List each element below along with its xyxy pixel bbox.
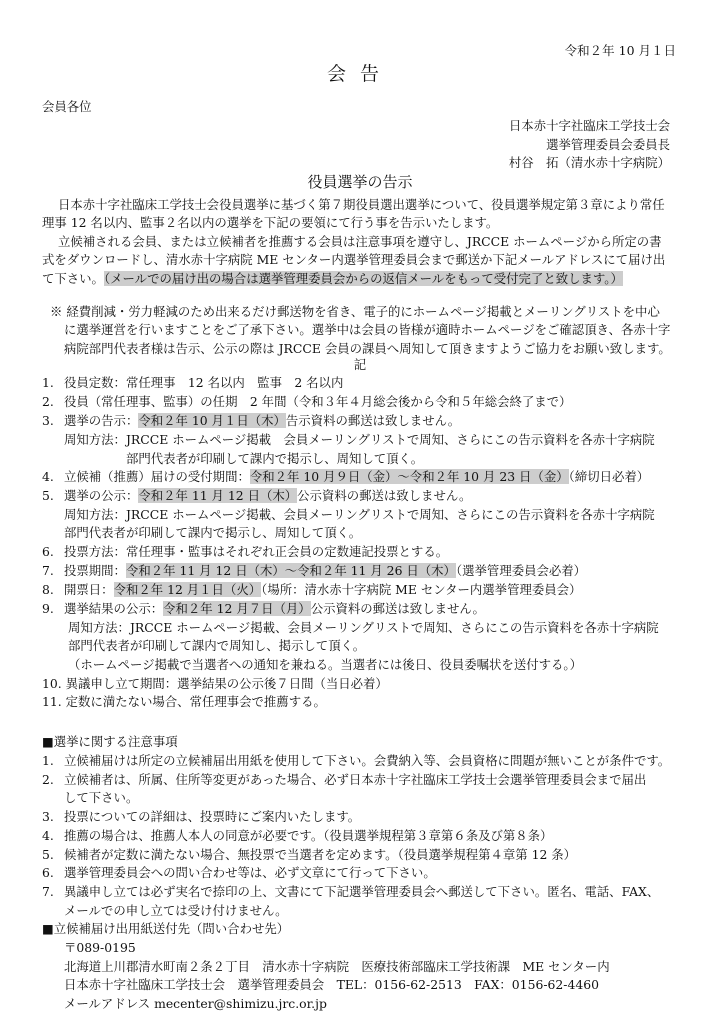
list-item: 3.選挙の告示：令和２年 10 月１日（木）告示資料の郵送は致しません。 bbox=[42, 412, 460, 429]
list-item-detail: 周知方法：JRCCE ホームページ掲載、会員メーリングリストで周知、さらにこの告… bbox=[68, 619, 659, 636]
list-item-detail: 部門代表者が印刷して課内で周知し、掲示して頂く。 bbox=[68, 637, 365, 654]
list-item-detail: 周知方法：JRCCE ホームページ掲載、会員メーリングリストで周知、さらにこの告… bbox=[64, 506, 655, 523]
caution-item: 4.推薦の場合は、推薦人本人の同意が必要です。（役員選挙規程第３章第６条及び第８… bbox=[42, 827, 552, 844]
sender-org: 日本赤十字社臨床工学技士会 bbox=[509, 117, 670, 136]
caution-item-cont: して下さい。 bbox=[64, 789, 138, 806]
sender-block: 日本赤十字社臨床工学技士会 選挙管理委員会委員長 村谷 拓（清水赤十字病院） bbox=[509, 117, 670, 173]
postal-code: 〒089-0195 bbox=[64, 939, 136, 956]
caution-item: 6.選挙管理委員会への問い合わせ等は、必ず文章にて行って下さい。 bbox=[42, 864, 436, 881]
contact-email-line: メールアドレス mecenter@shimizu.jrc.or.jp bbox=[64, 995, 327, 1012]
email-link[interactable]: mecenter@shimizu.jrc.or.jp bbox=[154, 996, 327, 1011]
list-item: 2.役員（常任理事、監事）の任期 2 年間（令和３年４月総会後から令和５年総会終… bbox=[42, 393, 571, 410]
list-item: 4.立候補（推薦）届けの受付期間：令和２年 10 月９日（金）～令和２年 10 … bbox=[42, 468, 649, 485]
sender-name: 村谷 拓（清水赤十字病院） bbox=[509, 154, 670, 173]
list-item-detail: 部門代表者が印刷して課内で掲示し、周知して頂く。 bbox=[64, 524, 361, 541]
document-date: 令和２年 10 月１日 bbox=[565, 42, 676, 59]
date-highlight: 令和２年 10 月１日（木） bbox=[138, 413, 286, 428]
page-title: 会告 bbox=[0, 66, 720, 83]
intro-text: て下さい。 bbox=[42, 271, 104, 286]
remark-line: 病院部門代表者様は告示、公示の際は JRCCE 会員の課員へ周知して頂きますよう… bbox=[64, 340, 671, 357]
list-item-detail: 周知方法：JRCCE ホームページ掲載 会員メーリングリストで周知、さらにこの告… bbox=[64, 431, 655, 448]
list-item: 8.開票日：令和２年 12 月１日（火）（場所：清水赤十字病院 ME センター内… bbox=[42, 581, 581, 598]
list-item: 6.投票方法：常任理事・監事はそれぞれ正会員の定数連記投票とする。 bbox=[42, 543, 448, 560]
date-highlight: 令和２年 11 月 12 日（木）～令和２年 11 月 26 日（木） bbox=[126, 563, 456, 578]
list-item: 7.投票期間：令和２年 11 月 12 日（木）～令和２年 11 月 26 日（… bbox=[42, 562, 586, 579]
intro-line: 理事 12 名以内、監事２名以内の選挙を下記の要領にて行う事を告示いたします。 bbox=[42, 214, 498, 231]
notice-subtitle: 役員選挙の告示 bbox=[0, 174, 720, 191]
list-item: 5.選挙の公示：令和２年 11 月 12 日（木）公示資料の郵送は致しません。 bbox=[42, 487, 471, 504]
contact-address: 北海道上川郡清水町南２条２丁目 清水赤十字病院 医療技術部臨床工学技術課 ME … bbox=[64, 958, 610, 975]
list-item: 10. 異議申し立て期間：選挙結果の公示後７日間（当日必着） bbox=[42, 675, 388, 692]
email-label: メールアドレス bbox=[64, 996, 150, 1011]
caution-item: 1.立候補届けは所定の立候補届出用紙を使用して下さい。会費納入等、会員資格に問題… bbox=[42, 752, 670, 769]
intro-highlight: （メールでの届け出の場合は選挙管理委員会からの返信メールをもって受付完了と致しま… bbox=[104, 271, 623, 286]
cautions-heading: ■選挙に関する注意事項 bbox=[42, 733, 178, 750]
contact-org-phone: 日本赤十字社臨床工学技士会 選挙管理委員会 TEL：0156-62-2513 F… bbox=[64, 976, 599, 993]
list-item: 11. 定数に満たない場合、常任理事会で推薦する。 bbox=[42, 693, 326, 710]
ki-heading: 記 bbox=[0, 356, 720, 373]
remark-line: に選挙運営を行いますことをご了承下さい。選挙中は会員の皆様が適時ホームページをご… bbox=[64, 321, 670, 338]
list-item-detail: （ホームページ掲載で当選者への通知を兼ねる。当選者には後日、役員委嘱状を送付する… bbox=[68, 656, 582, 673]
remark-line: ※ 経費削減・労力軽減のため出来るだけ郵送物を省き、電子的にホームページ掲載とメ… bbox=[50, 303, 660, 320]
caution-item: 5.候補者が定数に満たない場合、無投票で当選者を定めます。（役員選挙規程第４章第… bbox=[42, 846, 576, 863]
intro-line: て下さい。（メールでの届け出の場合は選挙管理委員会からの返信メールをもって受付完… bbox=[42, 270, 623, 287]
intro-line: 式をダウンロードし、清水赤十字病院 ME センター内選挙管理委員会まで郵送か下記… bbox=[42, 251, 665, 268]
caution-item: 2.立候補者は、所属、住所等変更があった場合、必ず日本赤十字社臨床工学技士会選挙… bbox=[42, 771, 646, 788]
caution-item: 7.異議申し立ては必ず実名で捺印の上、文書にて下記選挙管理委員会へ郵送して下さい… bbox=[42, 883, 659, 900]
date-highlight: 令和２年 12 月１日（火） bbox=[114, 582, 262, 597]
caution-item-cont: メールでの申し立ては受け付けません。 bbox=[64, 902, 288, 919]
date-highlight: 令和２年 12 月７日（月） bbox=[163, 601, 311, 616]
addressee: 会員各位 bbox=[42, 98, 92, 115]
date-highlight: 令和２年 11 月 12 日（木） bbox=[138, 488, 297, 503]
intro-line: 立候補される会員、または立候補者を推薦する会員は注意事項を遵守し、JRCCE ホ… bbox=[58, 233, 662, 250]
date-highlight: 令和２年 10 月９日（金）～令和２年 10 月 23 日（金） bbox=[250, 469, 569, 484]
sender-role: 選挙管理委員会委員長 bbox=[509, 136, 670, 155]
list-item-detail: 部門代表者が印刷して課内で掲示し、周知して頂く。 bbox=[64, 450, 423, 467]
contact-heading: ■立候補届け出用紙送付先（問い合わせ先） bbox=[42, 920, 289, 937]
list-item: 9.選挙結果の公示：令和２年 12 月７日（月）公示資料の郵送は致しません。 bbox=[42, 600, 485, 617]
caution-item: 3.投票についての詳細は、投票時にご案内いたします。 bbox=[42, 808, 360, 825]
list-item: 1.役員定数：常任理事 12 名以内 監事 2 名以内 bbox=[42, 374, 343, 391]
intro-line: 日本赤十字社臨床工学技士会役員選挙に基づく第７期役員選出選挙について、役員選挙規… bbox=[58, 196, 665, 213]
